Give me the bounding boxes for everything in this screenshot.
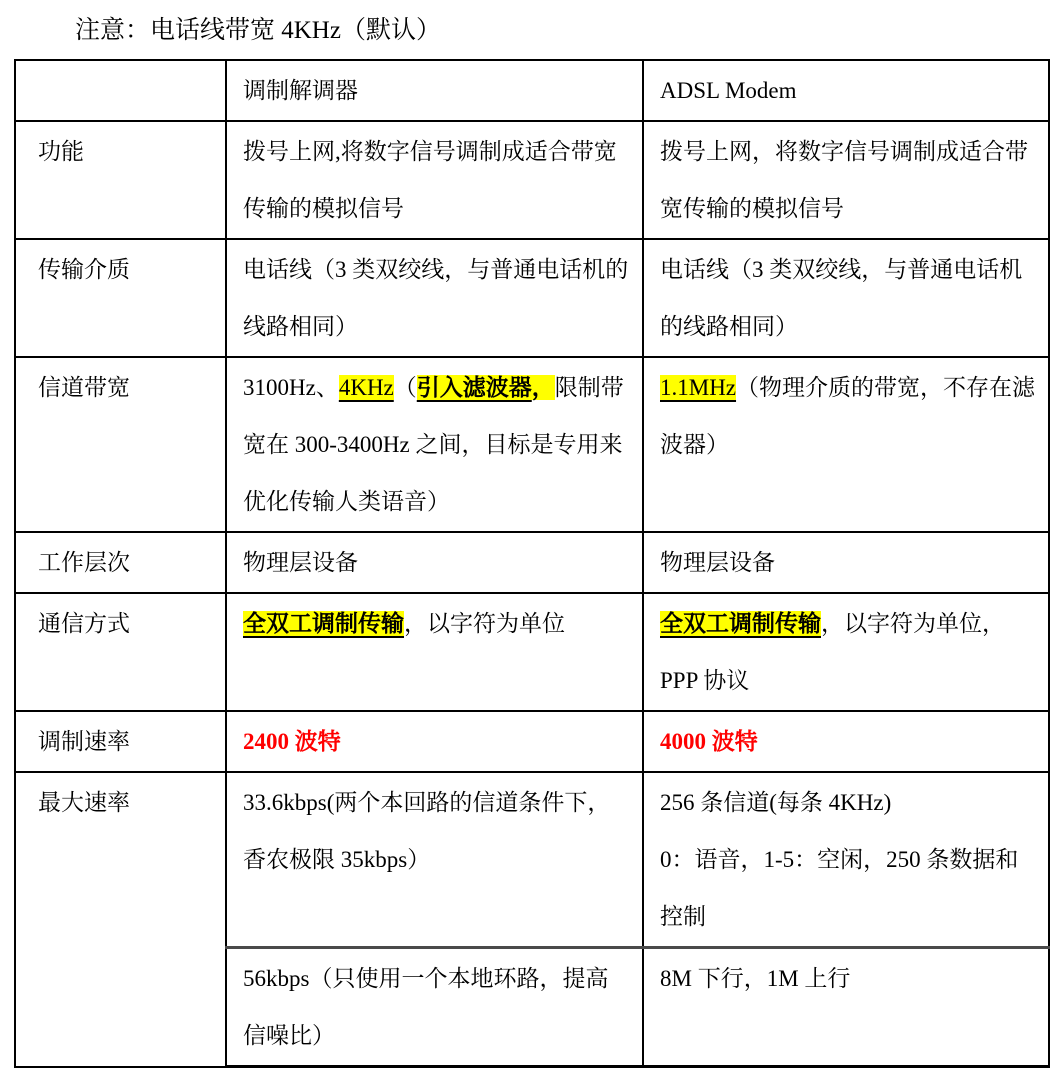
text-segment: 4KHz bbox=[339, 375, 394, 400]
header-row: 调制解调器ADSL Modem bbox=[15, 60, 1049, 121]
cell-modulation-rate-modem: 2400 波特 bbox=[226, 711, 643, 772]
text-segment: （ bbox=[394, 375, 417, 400]
cell-bandwidth-adsl: 1.1MHz（物理介质的带宽，不存在滤波器） bbox=[643, 357, 1049, 532]
text-segment: 256 条信道(每条 4KHz) bbox=[660, 790, 891, 815]
cell-max-rate-1-adsl: 256 条信道(每条 4KHz)0：语音，1-5：空闲，250 条数据和控制 bbox=[643, 772, 1049, 948]
text-segment: 0：语音，1-5：空闲，250 条数据和控制 bbox=[660, 847, 1018, 929]
cell-bandwidth-modem: 3100Hz、4KHz（引入滤波器，限制带宽在 300-3400Hz 之间，目标… bbox=[226, 357, 643, 532]
cell-max-rate-2-adsl: 8M 下行，1M 上行 bbox=[643, 948, 1049, 1067]
text-segment: 拨号上网，将数字信号调制成适合带宽传输的模拟信号 bbox=[660, 139, 1028, 221]
header-cell: 调制解调器 bbox=[226, 60, 643, 121]
text-segment: ， bbox=[532, 375, 555, 400]
cell-modulation-rate-adsl: 4000 波特 bbox=[643, 711, 1049, 772]
text-segment: 引入滤波器 bbox=[417, 375, 532, 400]
cell-max-rate-2-modem: 56kbps（只使用一个本地环路，提高信噪比） bbox=[226, 948, 643, 1067]
text-segment: 2400 波特 bbox=[243, 729, 341, 754]
text-segment: 物理层设备 bbox=[660, 550, 775, 575]
cell-medium-adsl: 电话线（3 类双绞线，与普通电话机的线路相同） bbox=[643, 239, 1049, 357]
table-row-communication: 通信方式全双工调制传输，以字符为单位全双工调制传输，以字符为单位，PPP 协议 bbox=[15, 593, 1049, 711]
row-label-max-rate-1: 最大速率 bbox=[15, 772, 226, 1067]
cell-medium-modem: 电话线（3 类双绞线，与普通电话机的线路相同） bbox=[226, 239, 643, 357]
cell-max-rate-1-modem: 33.6kbps(两个本回路的信道条件下，香农极限 35kbps） bbox=[226, 772, 643, 948]
table-row-bandwidth: 信道带宽3100Hz、4KHz（引入滤波器，限制带宽在 300-3400Hz 之… bbox=[15, 357, 1049, 532]
text-segment: 全双工调制传输 bbox=[660, 611, 821, 636]
row-label-function: 功能 bbox=[15, 121, 226, 239]
table-row-max-rate-1: 最大速率33.6kbps(两个本回路的信道条件下，香农极限 35kbps）256… bbox=[15, 772, 1049, 948]
text-segment: 全双工调制传输 bbox=[243, 611, 404, 636]
comparison-table-body: 调制解调器ADSL Modem功能拨号上网,将数字信号调制成适合带宽传输的模拟信… bbox=[15, 60, 1049, 1067]
header-cell-blank bbox=[15, 60, 226, 121]
text-segment: ，以字符为单位 bbox=[404, 611, 565, 636]
text-segment: 33.6kbps(两个本回路的信道条件下，香农极限 35kbps） bbox=[243, 790, 610, 872]
row-label-modulation-rate: 调制速率 bbox=[15, 711, 226, 772]
row-label-bandwidth: 信道带宽 bbox=[15, 357, 226, 532]
text-segment: 物理层设备 bbox=[243, 550, 358, 575]
text-segment: 3100Hz、 bbox=[243, 375, 339, 400]
text-segment: 56kbps（只使用一个本地环路，提高信噪比） bbox=[243, 966, 608, 1048]
text-segment: 电话线（3 类双绞线，与普通电话机的线路相同） bbox=[660, 257, 1022, 339]
text-segment: 8M 下行，1M 上行 bbox=[660, 966, 850, 991]
cell-communication-adsl: 全双工调制传输，以字符为单位，PPP 协议 bbox=[643, 593, 1049, 711]
header-cell: ADSL Modem bbox=[643, 60, 1049, 121]
cell-layer-modem: 物理层设备 bbox=[226, 532, 643, 593]
text-segment: 电话线（3 类双绞线，与普通电话机的线路相同） bbox=[243, 257, 628, 339]
text-segment: 1.1MHz bbox=[660, 375, 736, 400]
cell-function-modem: 拨号上网,将数字信号调制成适合带宽传输的模拟信号 bbox=[226, 121, 643, 239]
comparison-table: 调制解调器ADSL Modem功能拨号上网,将数字信号调制成适合带宽传输的模拟信… bbox=[14, 59, 1050, 1068]
table-row-function: 功能拨号上网,将数字信号调制成适合带宽传输的模拟信号拨号上网，将数字信号调制成适… bbox=[15, 121, 1049, 239]
table-row-modulation-rate: 调制速率2400 波特4000 波特 bbox=[15, 711, 1049, 772]
cell-layer-adsl: 物理层设备 bbox=[643, 532, 1049, 593]
cell-communication-modem: 全双工调制传输，以字符为单位 bbox=[226, 593, 643, 711]
text-segment: 4000 波特 bbox=[660, 729, 758, 754]
note-text: 注意：电话线带宽 4KHz（默认） bbox=[75, 16, 1056, 46]
table-row-medium: 传输介质电话线（3 类双绞线，与普通电话机的线路相同）电话线（3 类双绞线，与普… bbox=[15, 239, 1049, 357]
text-segment: 拨号上网,将数字信号调制成适合带宽传输的模拟信号 bbox=[243, 139, 617, 221]
row-label-medium: 传输介质 bbox=[15, 239, 226, 357]
cell-function-adsl: 拨号上网，将数字信号调制成适合带宽传输的模拟信号 bbox=[643, 121, 1049, 239]
row-label-layer: 工作层次 bbox=[15, 532, 226, 593]
row-label-communication: 通信方式 bbox=[15, 593, 226, 711]
table-row-layer: 工作层次物理层设备物理层设备 bbox=[15, 532, 1049, 593]
